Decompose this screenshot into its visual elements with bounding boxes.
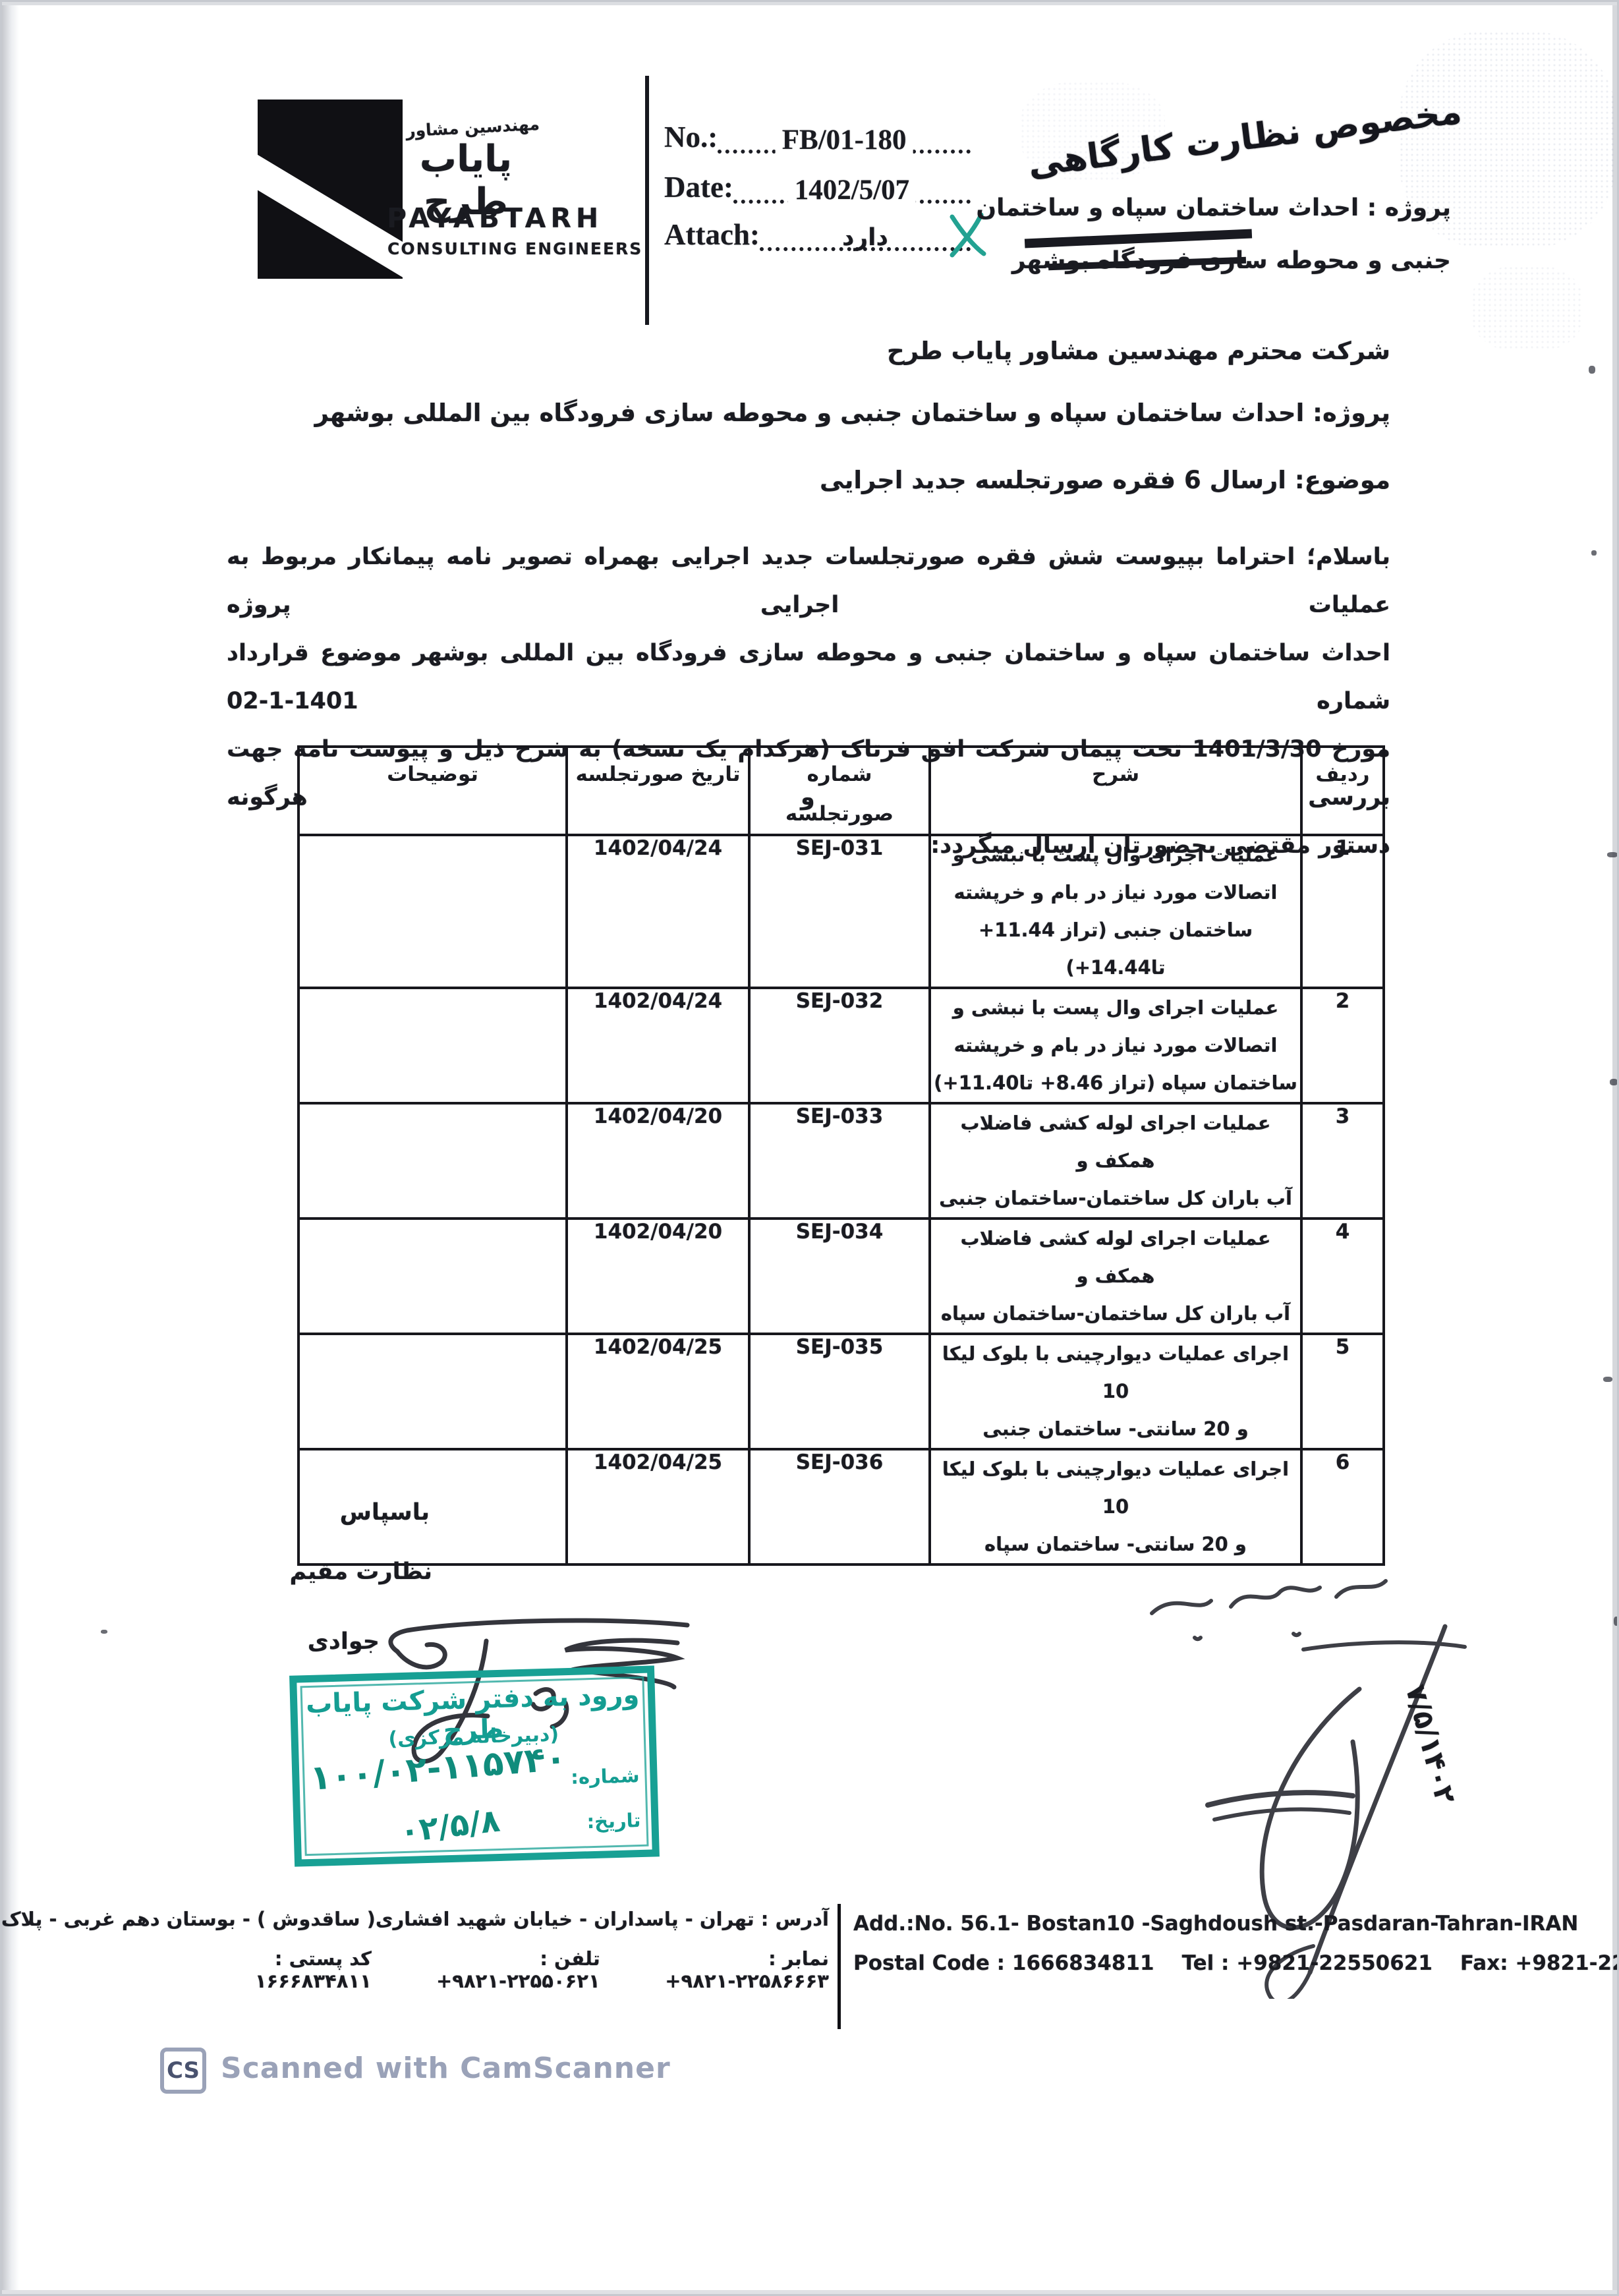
company-logo	[258, 100, 403, 279]
attach-value: دارد	[836, 224, 895, 251]
paragraph-line: باسلام؛ احتراما بپیوست شش فقره صورتجلسات…	[227, 533, 1390, 629]
row-minutes-no: SEJ-034	[749, 1219, 930, 1334]
row-notes	[298, 1219, 567, 1334]
reference-fields: No.: FB/01-180 Date: 1402/5/07 Attach: د…	[664, 107, 971, 251]
table-row: 4 عملیات اجرای لوله کشی فاضلاب همکف و آب…	[298, 1219, 1384, 1334]
date-dotted-leader: 1402/5/07	[733, 150, 971, 204]
row-no: 2	[1301, 988, 1384, 1103]
footer-en-postal: Postal Code : 1666834811	[853, 1951, 1154, 1975]
company-subtitle-en: CONSULTING ENGINEERS	[387, 239, 642, 258]
company-name-fa-small: مهندسین مشاور	[405, 115, 540, 141]
field-attach: Attach: دارد	[664, 204, 971, 251]
row-description: اجرای عملیات دیوارچینی با بلوک لیکا 10 و…	[930, 1334, 1301, 1449]
scan-speck	[1614, 1617, 1619, 1626]
col-header-description: شرح	[930, 747, 1301, 835]
table-row: 1 عملیات اجرای وال پست با نبشی و اتصالات…	[298, 835, 1384, 988]
row-notes	[298, 1103, 567, 1219]
footer-en-fax: Fax: +9821-2258666	[1460, 1951, 1619, 1975]
row-no: 3	[1301, 1103, 1384, 1219]
col-header-row-no: ردیف	[1301, 747, 1384, 835]
footer-fa-fax: نمابر : ⁦+۹۸۲۱-۲۲۵۸۶۶۶۳⁩	[600, 1947, 829, 1992]
minutes-table: ردیف شرح شماره صورتجلسه تاریخ صورتجلسه ت…	[297, 745, 1385, 1566]
row-minutes-date: 1402/04/24	[567, 835, 749, 988]
no-dotted-leader: FB/01-180	[718, 103, 971, 154]
attach-dotted-leader: دارد	[760, 200, 971, 251]
table-row: 5 اجرای عملیات دیوارچینی با بلوک لیکا 10…	[298, 1334, 1384, 1449]
row-minutes-no: SEJ-032	[749, 988, 930, 1103]
footer-fa-postal: کد پستی : ۱۶۶۶۸۳۴۸۱۱	[154, 1947, 372, 1992]
col-header-notes: توضیحات	[298, 747, 567, 835]
table-row: 6 اجرای عملیات دیوارچینی با بلوک لیکا 10…	[298, 1449, 1384, 1564]
project-line: پروژه: احداث ساختمان سپاه و ساختمان جنبی…	[315, 399, 1390, 427]
row-description: عملیات اجرای وال پست با نبشی و اتصالات م…	[930, 988, 1301, 1103]
signoff-thanks: باسپاس	[340, 1499, 430, 1526]
logo-diagonal-stripe-icon	[258, 150, 403, 279]
entry-stamp-date-value: ۰۲/۵/۸	[398, 1802, 502, 1851]
scan-speck	[1589, 366, 1595, 374]
scan-speck	[1607, 852, 1618, 857]
row-minutes-date: 1402/04/25	[567, 1334, 749, 1449]
row-minutes-date: 1402/04/20	[567, 1103, 749, 1219]
footer-persian: آدرس : تهران - پاسداران - خیابان شهید اف…	[154, 1908, 829, 1992]
paragraph-line: احداث ساختمان سپاه و ساختمان جنبی و محوط…	[227, 629, 1390, 726]
header-vertical-divider	[645, 76, 649, 325]
footer-fa-address: آدرس : تهران - پاسداران - خیابان شهید اف…	[154, 1908, 829, 1930]
scan-edge-top	[2, 2, 1617, 5]
col-header-minutes-date: تاریخ صورتجلسه	[567, 747, 749, 835]
row-notes	[298, 1449, 567, 1564]
camscanner-watermark-text: Scanned with CamScanner	[221, 2052, 671, 2085]
entry-stamp-number-label: شماره:	[571, 1764, 640, 1789]
recipient-line: شرکت محترم مهندسین مشاور پایاب طرح	[887, 337, 1390, 365]
row-no: 6	[1301, 1449, 1384, 1564]
header-project-line1: پروژه : احداث ساختمان سپاه و ساختمان	[976, 194, 1451, 221]
row-notes	[298, 1334, 567, 1449]
footer-en-address: Add.:No. 56.1- Bostan10 -Saghdoush st.-P…	[853, 1912, 1619, 1936]
row-minutes-no: SEJ-031	[749, 835, 930, 988]
row-minutes-date: 1402/04/25	[567, 1449, 749, 1564]
row-description: عملیات اجرای لوله کشی فاضلاب همکف و آب ب…	[930, 1219, 1301, 1334]
footer-vertical-divider	[838, 1904, 841, 2029]
scan-speck	[1591, 550, 1597, 556]
row-minutes-date: 1402/04/20	[567, 1219, 749, 1334]
scan-speck	[1610, 1079, 1618, 1085]
attach-label: Attach:	[664, 220, 760, 251]
field-no: No.: FB/01-180	[664, 107, 971, 154]
scan-speck	[101, 1630, 107, 1634]
scanned-letter-page: مهندسین مشاور پایاب طرح PAYABTARH CONSUL…	[0, 0, 1619, 2296]
field-date: Date: 1402/5/07	[664, 154, 971, 204]
row-no: 4	[1301, 1219, 1384, 1334]
scan-speck	[1603, 1377, 1612, 1382]
row-no: 5	[1301, 1334, 1384, 1449]
row-minutes-no: SEJ-035	[749, 1334, 930, 1449]
row-no: 1	[1301, 835, 1384, 988]
date-label: Date:	[664, 173, 733, 204]
scan-noise-blotch	[1471, 266, 1583, 351]
office-entry-stamp: ورود به دفتر شرکت پایاب طرح (دبیرخانه مر…	[289, 1665, 660, 1866]
row-description: اجرای عملیات دیوارچینی با بلوک لیکا 10 و…	[930, 1449, 1301, 1564]
table-row: 2 عملیات اجرای وال پست با نبشی و اتصالات…	[298, 988, 1384, 1103]
row-minutes-no: SEJ-036	[749, 1449, 930, 1564]
subject-line: موضوع: ارسال 6 فقره صورتجلسه جدید اجرایی	[820, 466, 1390, 494]
entry-stamp-date-label: تاریخ:	[586, 1809, 641, 1833]
table-row: 3 عملیات اجرای لوله کشی فاضلاب همکف و آب…	[298, 1103, 1384, 1219]
footer-en-tel: Tel : +9821-22550621	[1182, 1951, 1433, 1975]
camscanner-icon: CS	[160, 2048, 206, 2094]
col-header-minutes-no: شماره صورتجلسه	[749, 747, 930, 835]
row-notes	[298, 988, 567, 1103]
row-minutes-no: SEJ-033	[749, 1103, 930, 1219]
stamp-underline-bar	[1025, 229, 1252, 248]
minutes-table-header: ردیف شرح شماره صورتجلسه تاریخ صورتجلسه ت…	[298, 747, 1384, 835]
company-name-en: PAYABTARH	[387, 202, 603, 234]
row-description: عملیات اجرای لوله کشی فاضلاب همکف و آب ب…	[930, 1103, 1301, 1219]
row-description: عملیات اجرای وال پست با نبشی و اتصالات م…	[930, 835, 1301, 988]
row-notes	[298, 835, 567, 988]
row-minutes-date: 1402/04/24	[567, 988, 749, 1103]
scan-edge-left	[2, 2, 19, 2294]
header-project-line2: جنبی و محوطه سازی فرودگاه بوشهر	[1012, 247, 1451, 274]
scan-edge-bottom	[2, 2290, 1617, 2294]
footer-english: Add.:No. 56.1- Bostan10 -Saghdoush st.-P…	[853, 1912, 1619, 1975]
footer-fa-tel: تلفن : ⁦+۹۸۲۱-۲۲۵۵۰۶۲۱⁩	[372, 1947, 600, 1992]
no-label: No.:	[664, 123, 718, 154]
